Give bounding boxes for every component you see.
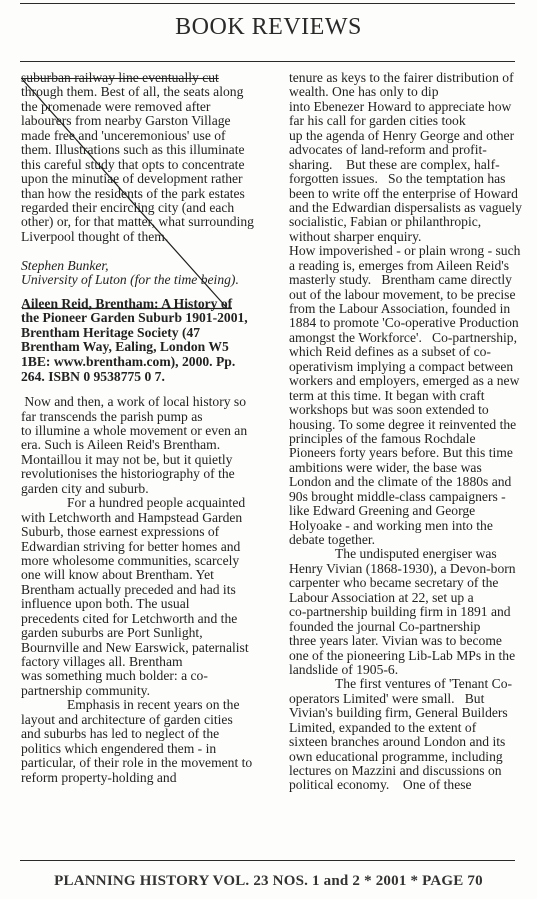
text-line: influence upon both. The usual bbox=[21, 597, 266, 611]
text-line: workshops but was soon extended to bbox=[289, 403, 524, 417]
text-line: carpenter who became secretary of the bbox=[289, 576, 524, 590]
footer-rule bbox=[20, 860, 515, 861]
text-line: and suburbs has led to neglect of the bbox=[21, 727, 266, 741]
reviewer-name: Stephen Bunker, bbox=[21, 259, 266, 273]
text-line: Henry Vivian (1868-1930), a Devon-born bbox=[289, 562, 524, 576]
text-line: and the Edwardian dispersalists as vague… bbox=[289, 201, 524, 215]
text-line: workers and employers, emerged as a new bbox=[289, 374, 524, 388]
text-line: London and the climate of the 1880s and bbox=[289, 475, 524, 489]
text-line: labourers from nearby Garston Village bbox=[21, 114, 266, 128]
book-citation: Aileen Reid, Brentham: A History of the … bbox=[21, 297, 266, 385]
previous-review-ending: suburban railway line eventually cut thr… bbox=[21, 71, 266, 288]
citation-line: the Pioneer Garden Suburb 1901-2001, bbox=[21, 311, 266, 326]
text-line: one of the pioneering Lib-Lab MPs in the bbox=[289, 649, 524, 663]
text-line: garden suburbs are Port Sunlight, bbox=[21, 626, 266, 640]
citation-line: 264. ISBN 0 9538775 0 7. bbox=[21, 370, 266, 385]
text-line: term at this time. It began with craft bbox=[289, 389, 524, 403]
text-line: principles of the famous Rochdale bbox=[289, 432, 524, 446]
citation-line: 1BE: www.brentham.com), 2000. Pp. bbox=[21, 355, 266, 370]
review-body-left: Now and then, a work of local history so… bbox=[21, 395, 266, 785]
text-line: reform property-holding and bbox=[21, 771, 266, 785]
text-line: For a hundred people acquainted bbox=[21, 496, 266, 510]
text-line: into Ebenezer Howard to appreciate how bbox=[289, 100, 524, 114]
text-line: 90s brought middle-class campaigners - bbox=[289, 490, 524, 504]
reviewer-affiliation: University of Luton (for the time being)… bbox=[21, 273, 266, 287]
text-line: precedents cited for Letchworth and the bbox=[21, 612, 266, 626]
text-line: revolutionises the historiography of the bbox=[21, 467, 266, 481]
text-line: made free and 'unceremonious' use of bbox=[21, 129, 266, 143]
text-line: layout and architecture of garden cities bbox=[21, 713, 266, 727]
text-line: like Edward Greening and George bbox=[289, 504, 524, 518]
text-line: operativism implying a compact between bbox=[289, 360, 524, 374]
text-line: sixteen branches around London and its bbox=[289, 735, 524, 749]
text-line: far transcends the parish pump as bbox=[21, 410, 266, 424]
text-line: a reading is, emerges from Aileen Reid's bbox=[289, 259, 524, 273]
text-line: far his call for garden cities took bbox=[289, 114, 524, 128]
text-line: garden city and suburb. bbox=[21, 482, 266, 496]
text-line: upon the minutiae of development rather bbox=[21, 172, 266, 186]
header-bottom-rule bbox=[20, 61, 515, 62]
text-line: lectures on Mazzini and discussions on bbox=[289, 764, 524, 778]
text-line: Holyoake - and working men into the bbox=[289, 519, 524, 533]
text-line: Vivian's building firm, General Builders bbox=[289, 706, 524, 720]
text-line: without sharper enquiry. bbox=[289, 230, 524, 244]
text-line: Brentham actually preceded and had its bbox=[21, 583, 266, 597]
text-line: The first ventures of 'Tenant Co- bbox=[289, 677, 524, 691]
text-line: Montaillou it may not be, but it quietly bbox=[21, 453, 266, 467]
text-line: three years later. Vivian was to become bbox=[289, 634, 524, 648]
text-line: Pioneers forty years before. But this ti… bbox=[289, 446, 524, 460]
text-line: Labour Association at 22, set up a bbox=[289, 591, 524, 605]
text-line: advocates of land-reform and profit- bbox=[289, 143, 524, 157]
text-line: own educational programme, including bbox=[289, 750, 524, 764]
citation-line: Aileen Reid, Brentham: A History of bbox=[21, 297, 266, 312]
text-line: Limited, expanded to the extent of bbox=[289, 721, 524, 735]
text-line: Edwardian striving for better homes and bbox=[21, 540, 266, 554]
citation-line: Brentham Way, Ealing, London W5 bbox=[21, 340, 266, 355]
struck-line: suburban railway line eventually cut bbox=[21, 71, 266, 85]
text-line: landslide of 1905-6. bbox=[289, 663, 524, 677]
text-line: The undisputed energiser was bbox=[289, 547, 524, 561]
text-line: debate together. bbox=[289, 533, 524, 547]
text-line: ambitions were wider, the base was bbox=[289, 461, 524, 475]
text-line: era. Such is Aileen Reid's Brentham. bbox=[21, 438, 266, 452]
text-line: tenure as keys to the fairer distributio… bbox=[289, 71, 524, 85]
text-line: partnership community. bbox=[21, 684, 266, 698]
text-line: 1884 to promote 'Co-operative Production bbox=[289, 316, 524, 330]
text-line: to illumine a whole movement or even an bbox=[21, 424, 266, 438]
text-line: Emphasis in recent years on the bbox=[21, 698, 266, 712]
right-column: tenure as keys to the fairer distributio… bbox=[289, 71, 524, 793]
text-line: than how the residents of the park estat… bbox=[21, 187, 266, 201]
text-line: been to write off the enterprise of Howa… bbox=[289, 187, 524, 201]
text-line: one will know about Brentham. Yet bbox=[21, 568, 266, 582]
text-line: which Reid defines as a subset of co- bbox=[289, 345, 524, 359]
text-line: founded the journal Co-partnership bbox=[289, 620, 524, 634]
text-line: out of the labour movement, to be precis… bbox=[289, 288, 524, 302]
text-line: amongst the Workforce'. Co-partnership, bbox=[289, 331, 524, 345]
text-line: Bournville and New Earswick, paternalist bbox=[21, 641, 266, 655]
left-column: suburban railway line eventually cut thr… bbox=[21, 71, 266, 785]
page-footer: PLANNING HISTORY VOL. 23 NOS. 1 and 2 * … bbox=[0, 873, 537, 890]
text-line: wealth. One has only to dip bbox=[289, 85, 524, 99]
text-line: socialistic, Fabian or philanthropic, bbox=[289, 215, 524, 229]
text-line: co-partnership building firm in 1891 and bbox=[289, 605, 524, 619]
text-line: from the Labour Association, founded in bbox=[289, 302, 524, 316]
text-line: forgotten issues. So the temptation has bbox=[289, 172, 524, 186]
text-line: sharing. But these are complex, half- bbox=[289, 158, 524, 172]
text-line: was something much bolder: a co- bbox=[21, 669, 266, 683]
citation-line: Brentham Heritage Society (47 bbox=[21, 326, 266, 341]
text-line: political economy. One of these bbox=[289, 778, 524, 792]
text-line: this careful study that opts to concentr… bbox=[21, 158, 266, 172]
text-line: them. Illustrations such as this illumin… bbox=[21, 143, 266, 157]
text-line: masterly study. Brentham came directly bbox=[289, 273, 524, 287]
text-line: Suburb, those earnest expressions of bbox=[21, 525, 266, 539]
text-line: up the agenda of Henry George and other bbox=[289, 129, 524, 143]
text-line: more wholesome communities, scarcely bbox=[21, 554, 266, 568]
top-rule bbox=[20, 3, 515, 4]
text-line: factory villages all. Brentham bbox=[21, 655, 266, 669]
text-line: How impoverished - or plain wrong - such bbox=[289, 244, 524, 258]
text-line: operators Limited' were small. But bbox=[289, 692, 524, 706]
text-line: with Letchworth and Hampstead Garden bbox=[21, 511, 266, 525]
text-line: the promenade were removed after bbox=[21, 100, 266, 114]
page-title: BOOK REVIEWS bbox=[0, 14, 537, 41]
text-line: Liverpool thought of them. bbox=[21, 230, 266, 244]
text-line: other) or, for that matter, what surroun… bbox=[21, 215, 266, 229]
text-line: Now and then, a work of local history so bbox=[21, 395, 266, 409]
text-line: particular, of their role in the movemen… bbox=[21, 756, 266, 770]
text-line: politics which engendered them - in bbox=[21, 742, 266, 756]
text-line: regarded their encircling city (and each bbox=[21, 201, 266, 215]
text-line: through them. Best of all, the seats alo… bbox=[21, 85, 266, 99]
text-line: housing. To some degree it reinvented th… bbox=[289, 418, 524, 432]
